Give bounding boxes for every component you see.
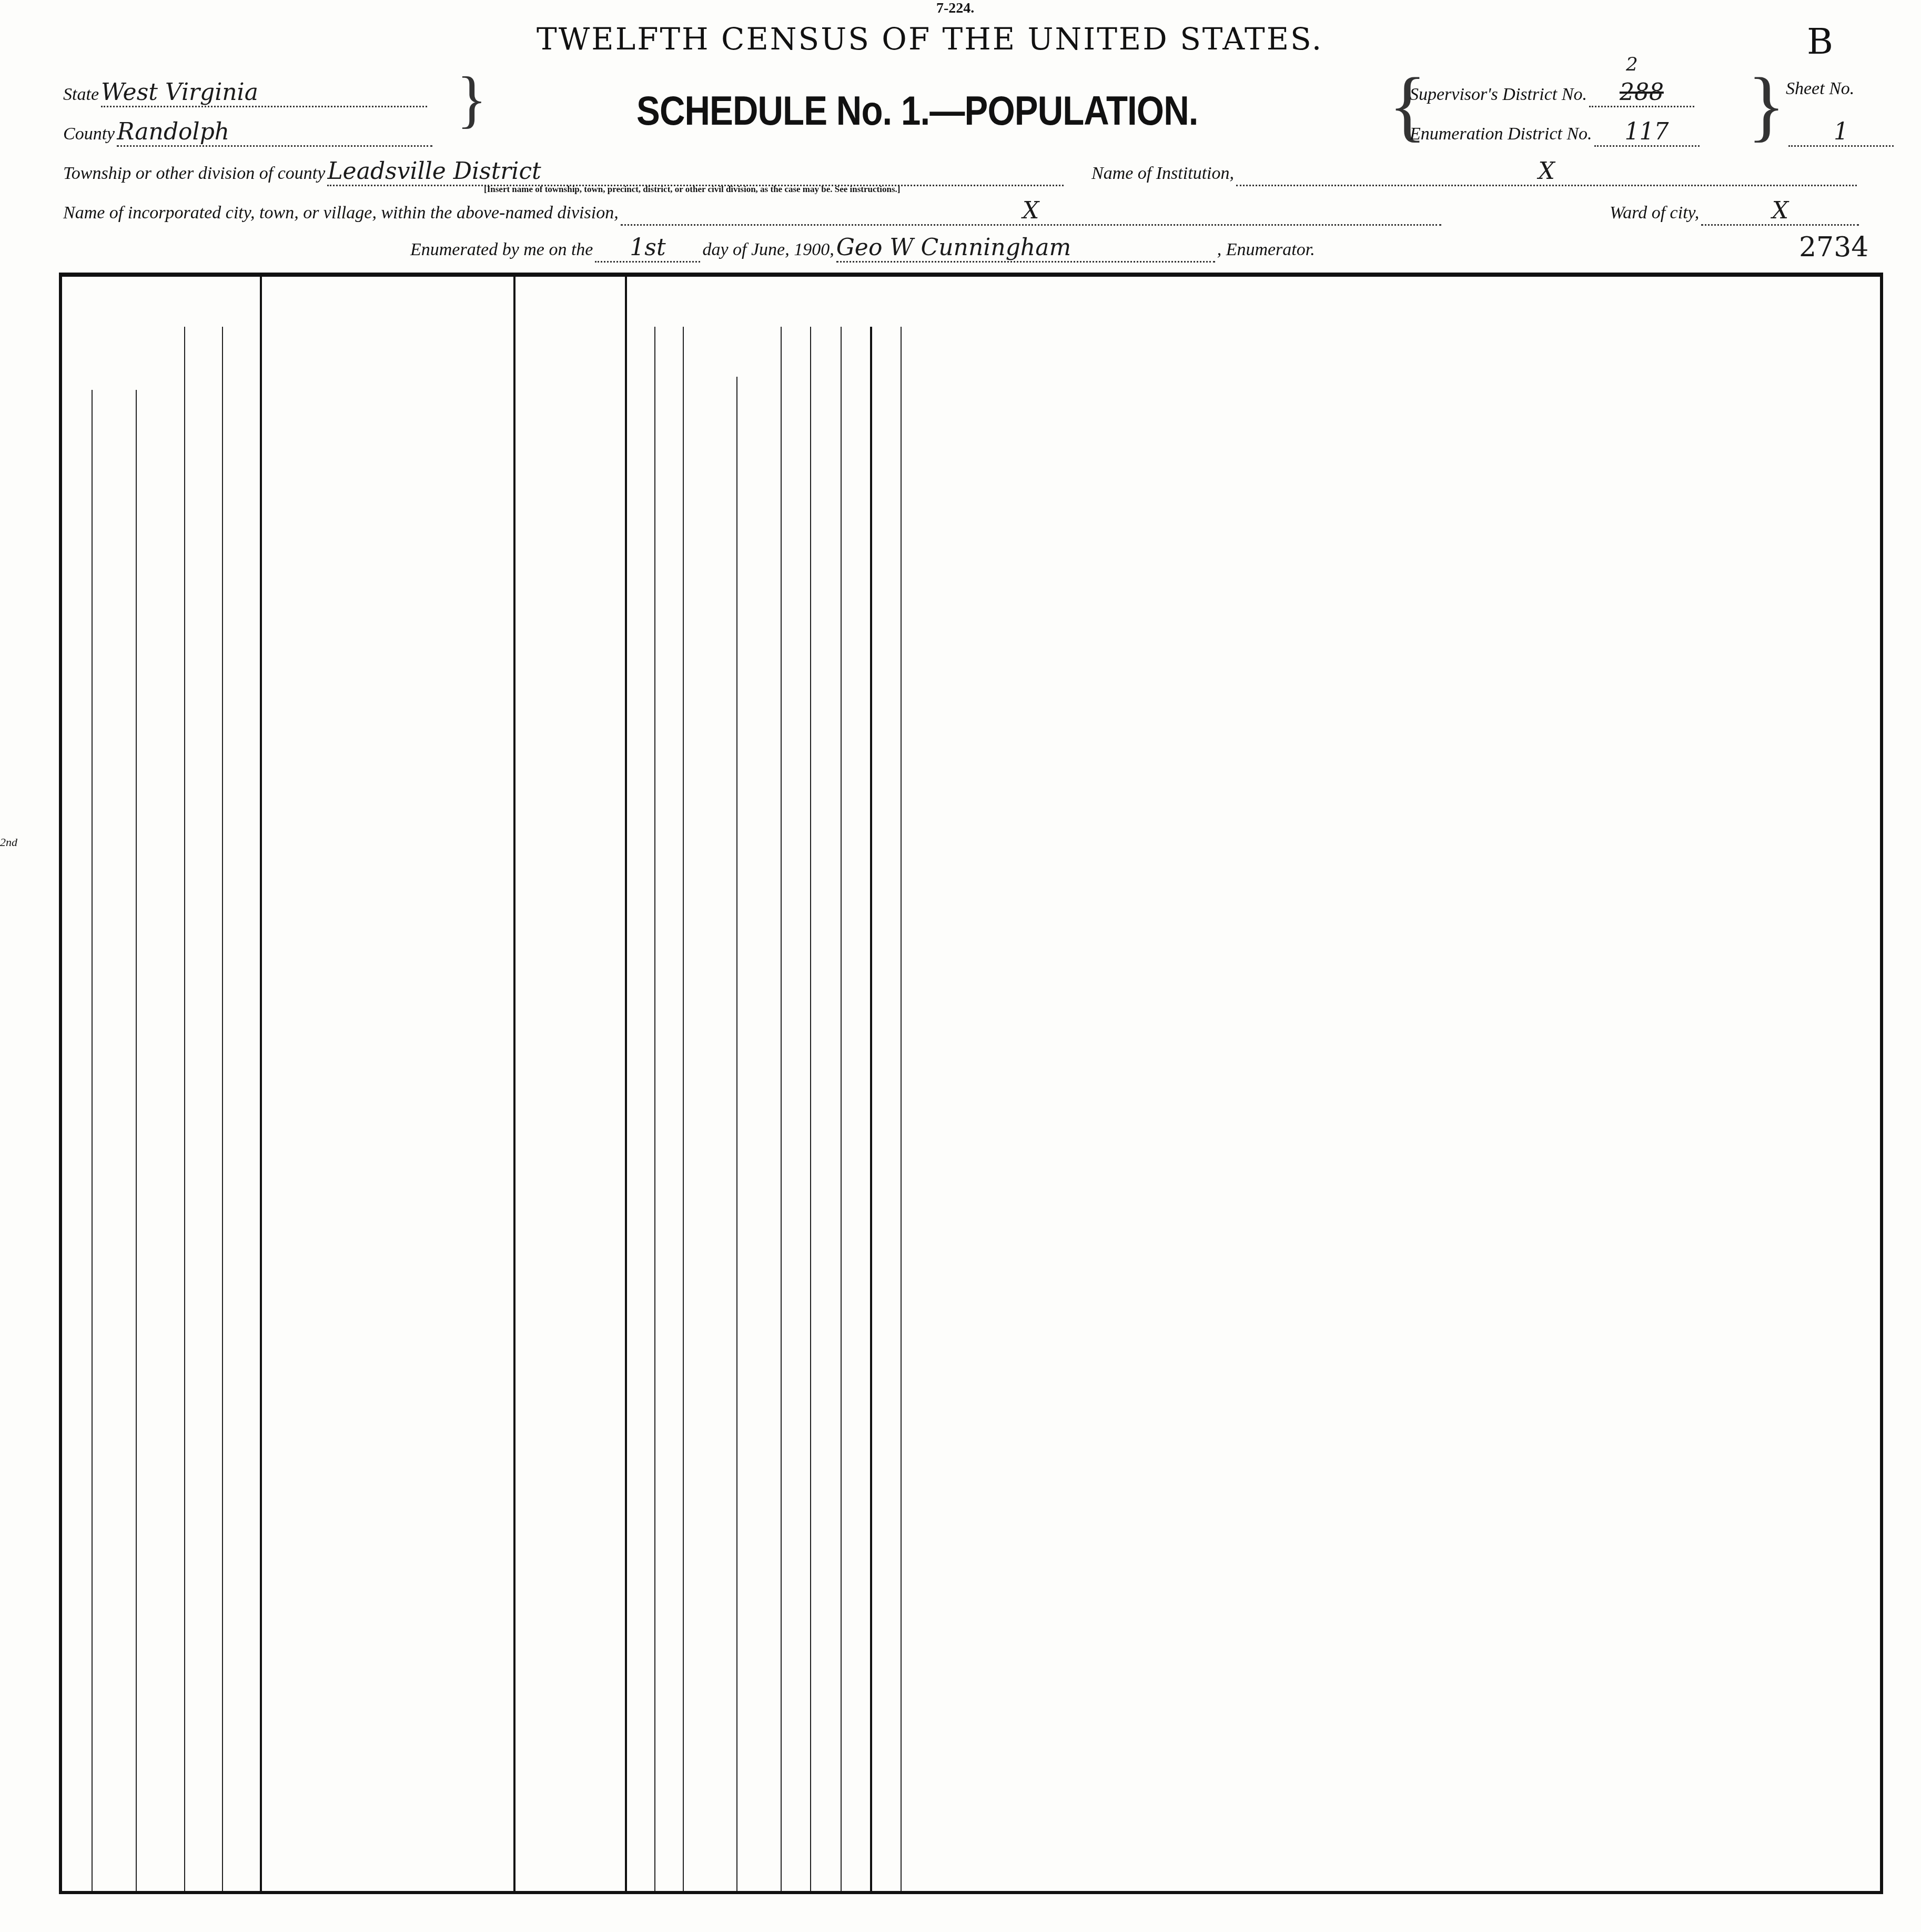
- state-county-brace: }: [457, 63, 487, 136]
- enumerator-label: , Enumerator.: [1217, 240, 1315, 259]
- ward-field: Ward of city, X: [1610, 197, 1899, 226]
- stamp-number: 2734: [1799, 232, 1868, 263]
- state-label: State: [63, 85, 99, 104]
- col-divider: [781, 327, 782, 1891]
- state-field: State West Virginia: [63, 79, 463, 107]
- schedule-title: SCHEDULE No. 1.—POPULATION.: [636, 87, 1198, 135]
- institution-value[interactable]: X: [1236, 158, 1857, 186]
- enumeration-day[interactable]: 1st: [595, 234, 700, 263]
- incorporated-place-value[interactable]: X: [621, 197, 1441, 226]
- sheet-field: Sheet No.: [1786, 79, 1854, 99]
- ward-label: Ward of city,: [1610, 203, 1699, 223]
- enumerated-label: Enumerated by me on the: [410, 240, 593, 259]
- margin-note: 2nd: [0, 836, 17, 849]
- col-divider: [683, 327, 684, 1891]
- county-field: County Randolph: [63, 118, 463, 147]
- col-divider: [92, 390, 93, 1891]
- population-schedule-table: [59, 273, 1883, 1894]
- col-divider: [654, 327, 655, 1891]
- enumeration-district-label: Enumeration District No.: [1410, 124, 1592, 144]
- incorporated-place-field: Name of incorporated city, town, or vill…: [63, 197, 1610, 226]
- col-divider: [136, 390, 137, 1891]
- enumerator-name[interactable]: Geo W Cunningham: [836, 234, 1215, 263]
- col-divider: [513, 277, 515, 1891]
- institution-field: Name of Institution, X: [1091, 158, 1896, 186]
- township-field: Township or other division of county Lea…: [63, 158, 1094, 186]
- col-divider: [222, 327, 223, 1891]
- col-divider: [901, 327, 902, 1891]
- township-note: [Insert name of township, town, precinct…: [484, 184, 900, 195]
- township-value[interactable]: Leadsville District: [327, 158, 1064, 186]
- col-divider: [841, 327, 842, 1891]
- incorporated-place-label: Name of incorporated city, town, or vill…: [63, 203, 619, 223]
- form-number: 7-224.: [936, 0, 974, 17]
- enumerated-field: Enumerated by me on the 1st day of June,…: [410, 234, 1462, 263]
- ward-value[interactable]: X: [1701, 197, 1859, 226]
- col-divider: [736, 377, 737, 1891]
- col-divider: [870, 327, 872, 1891]
- col-divider: [260, 277, 262, 1891]
- township-label: Township or other division of county: [63, 164, 325, 183]
- county-label: County: [63, 124, 115, 144]
- supervisor-district-struck: 288: [1620, 79, 1664, 106]
- supervisor-district-correction: 2: [1626, 54, 1638, 75]
- col-divider: [625, 277, 627, 1891]
- census-title: TWELFTH CENSUS OF THE UNITED STATES.: [537, 21, 1323, 57]
- col-divider: [810, 327, 811, 1891]
- enumeration-district-field: Enumeration District No. 117: [1410, 118, 1778, 147]
- institution-label: Name of Institution,: [1091, 164, 1234, 183]
- supervisor-district-value[interactable]: 2 288: [1589, 79, 1694, 107]
- schedule-letter: B: [1807, 21, 1833, 63]
- county-value[interactable]: Randolph: [117, 118, 432, 147]
- col-divider: [184, 327, 185, 1891]
- sheet-label: Sheet No.: [1786, 79, 1854, 98]
- enumerated-mid-label: day of June, 1900,: [702, 240, 834, 259]
- supervisor-district-label: Supervisor's District No.: [1410, 85, 1587, 104]
- state-value[interactable]: West Virginia: [101, 79, 427, 107]
- enumeration-district-value[interactable]: 117: [1594, 118, 1700, 147]
- sheet-value[interactable]: 1: [1788, 118, 1894, 147]
- supervisor-district-field: Supervisor's District No. 2 288: [1410, 79, 1778, 107]
- district-right-brace: }: [1747, 61, 1785, 151]
